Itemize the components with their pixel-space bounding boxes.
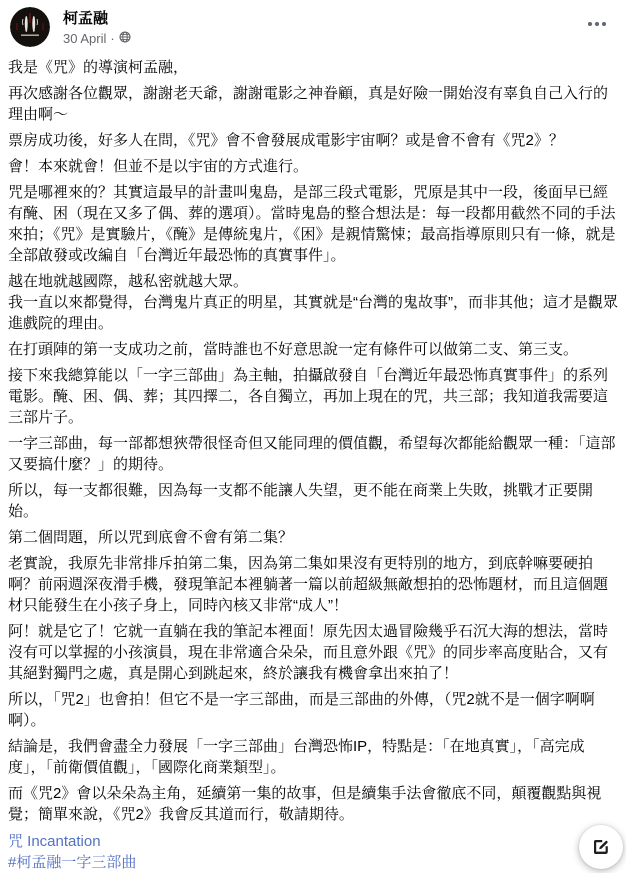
post-header: 柯孟融 30 April · [0,0,626,47]
post-paragraph: 一字三部曲，每一部都想狹帶很怪奇但又能同理的價值觀，希望每次都能給觀眾一種：「這… [8,433,618,475]
post-meta-line: 30 April · [63,30,131,47]
post-links: 咒 Incantation #柯孟融一字三部曲 [8,831,618,873]
facebook-post-page: 柯孟融 30 April · 我是《咒》的導演柯孟融，再次 [0,0,626,873]
three-dots-icon [602,22,606,26]
post-paragraph: 我是《咒》的導演柯孟融， [8,57,618,78]
post-paragraph: 接下來我總算能以「一字三部曲」為主軸，拍攝啟發自「台灣近年最恐怖真實事件」的系列… [8,365,618,428]
dot-separator: · [110,31,114,47]
post-paragraph: 越在地就越國際，越私密就越大眾。 我一直以來都覺得，台灣鬼片真正的明星，其實就是… [8,271,618,334]
privacy-globe-icon [119,31,131,47]
post-timestamp[interactable]: 30 April [63,31,106,47]
post-paragraph: 第二個問題，所以咒到底會不會有第二集？ [8,527,618,548]
compose-fab-button[interactable] [579,825,623,869]
post-paragraph: 會！本來就會！但並不是以宇宙的方式進行。 [8,156,618,177]
page-tag-link[interactable]: 咒 Incantation [8,831,618,852]
post-paragraph: 而《咒2》會以朵朵為主角，延續第一集的故事，但是續集手法會徹底不同，顛覆觀點與視… [8,783,618,825]
header-meta: 柯孟融 30 April · [63,7,131,47]
post-paragraph: 在打頭陣的第一支成功之前，當時誰也不好意思說一定有條件可以做第二支、第三支。 [8,339,618,360]
three-dots-icon [588,22,592,26]
post-paragraph: 票房成功後，好多人在問，《咒》會不會發展成電影宇宙啊？或是會不會有《咒2》？ [8,130,618,151]
post-paragraph: 所以，「咒2」也會拍！但它不是一字三部曲，而是三部曲的外傳，（咒2就不是一個字啊… [8,689,618,731]
post-paragraph: 阿！就是它了！它就一直躺在我的筆記本裡面！原先因太過冒險幾乎石沉大海的想法，當時… [8,621,618,684]
post-options-button[interactable] [586,16,608,32]
avatar-image [10,7,50,47]
post-paragraph: 結論是，我們會盡全力發展「一字三部曲」台灣恐怖IP，特點是：「在地真實」，「高完… [8,736,618,778]
post-paragraph: 老實說，我原先非常排斥拍第二集，因為第二集如果沒有更特別的地方，到底幹嘛要硬拍啊… [8,553,618,616]
hashtag-link[interactable]: #柯孟融一字三部曲 [8,852,618,873]
compose-icon [591,837,611,857]
post-paragraphs: 我是《咒》的導演柯孟融，再次感謝各位觀眾，謝謝老天爺，謝謝電影之神眷顧，真是好險… [8,57,618,825]
three-dots-icon [595,22,599,26]
author-name[interactable]: 柯孟融 [63,10,131,28]
post-paragraph: 咒是哪裡來的？其實這最早的計畫叫鬼島，是部三段式電影，咒原是其中一段，後面早已經… [8,182,618,266]
post-paragraph: 再次感謝各位觀眾，謝謝老天爺，謝謝電影之神眷顧，真是好險一開始沒有辜負自己入行的… [8,83,618,125]
post-body: 我是《咒》的導演柯孟融，再次感謝各位觀眾，謝謝老天爺，謝謝電影之神眷顧，真是好險… [0,47,626,873]
profile-avatar[interactable] [10,7,50,47]
post-paragraph: 所以，每一支都很難，因為每一支都不能讓人失望，更不能在商業上失敗，挑戰才正要開始… [8,480,618,522]
